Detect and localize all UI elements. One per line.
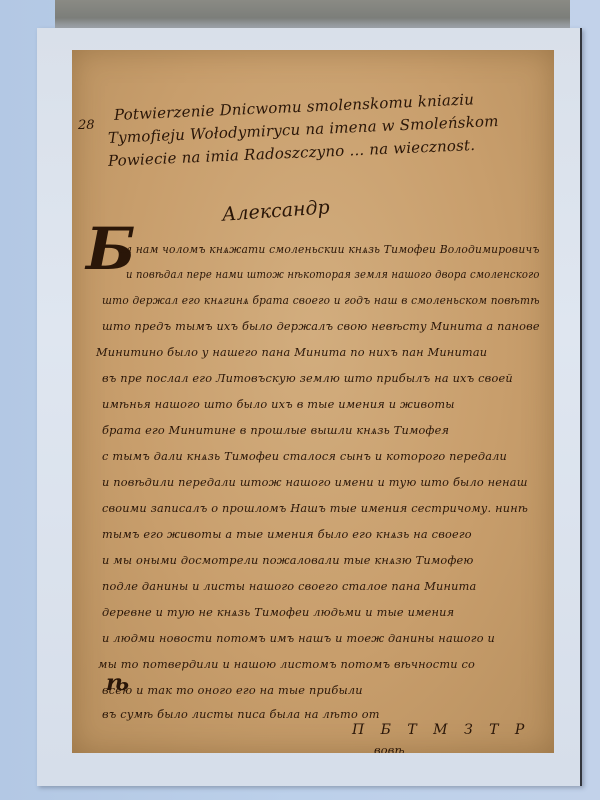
body-line: брата его Минитине в прошлые вышли кнѧзь… bbox=[102, 424, 449, 437]
body-line: своими записалъ о прошломъ Нашъ тые имен… bbox=[102, 502, 528, 515]
signature-below: вовѣ bbox=[374, 744, 405, 753]
body-line: и мы оными досмотрели пожаловали тые кнѧ… bbox=[102, 554, 474, 567]
entry-number: 28 bbox=[78, 118, 95, 133]
body-line: што держал его кнѧгинѧ брата своего и го… bbox=[102, 294, 540, 307]
body-line: въ сумѣ было листы писа была на лѣто от bbox=[102, 708, 380, 721]
document-title: Александр bbox=[221, 196, 330, 225]
body-line: и повѣдал пере нами штож нѣкоторая земля… bbox=[126, 268, 540, 281]
body-line: деревне и тую не кнѧзь Тимофеи людьми и … bbox=[102, 606, 454, 619]
body-line: тымъ его животы а тые имения было его кн… bbox=[102, 528, 472, 541]
body-line: и повѣдили передали штож нашого имени и … bbox=[102, 476, 528, 489]
body-line: што предъ тымъ ихъ было держалъ свою нев… bbox=[102, 320, 540, 333]
body-line: всею и так то оного его на тые прибыли bbox=[102, 684, 363, 697]
body-line: и людми новости потомъ имъ нашъ и тоеж д… bbox=[102, 632, 495, 645]
margin-flourish: ѣ bbox=[106, 670, 129, 696]
photo-shadow-top bbox=[55, 0, 570, 30]
body-line: въ пре послал его Литовъскую землю што п… bbox=[102, 372, 513, 385]
body-line: Минитино было у нашего пана Минита по ни… bbox=[96, 346, 487, 359]
body-line: с тымъ дали кнѧзь Тимофеи сталося сынъ и… bbox=[102, 450, 507, 463]
signature-line: П Б Т М З Т Р bbox=[352, 722, 530, 738]
parchment-facsimile: 28 Potwierzenie Dnicwomu smolenskomu kni… bbox=[72, 50, 554, 753]
body-line: ил нам чоломъ кнѧжати смоленьскии кнѧзь … bbox=[118, 243, 540, 256]
body-line: мы то потвердили и нашою листомъ потомъ … bbox=[98, 658, 475, 671]
body-line: подле данины и листы нашого своего стало… bbox=[102, 580, 476, 593]
body-line: имѣнья нашого што было ихъ в тые имения … bbox=[102, 398, 455, 411]
